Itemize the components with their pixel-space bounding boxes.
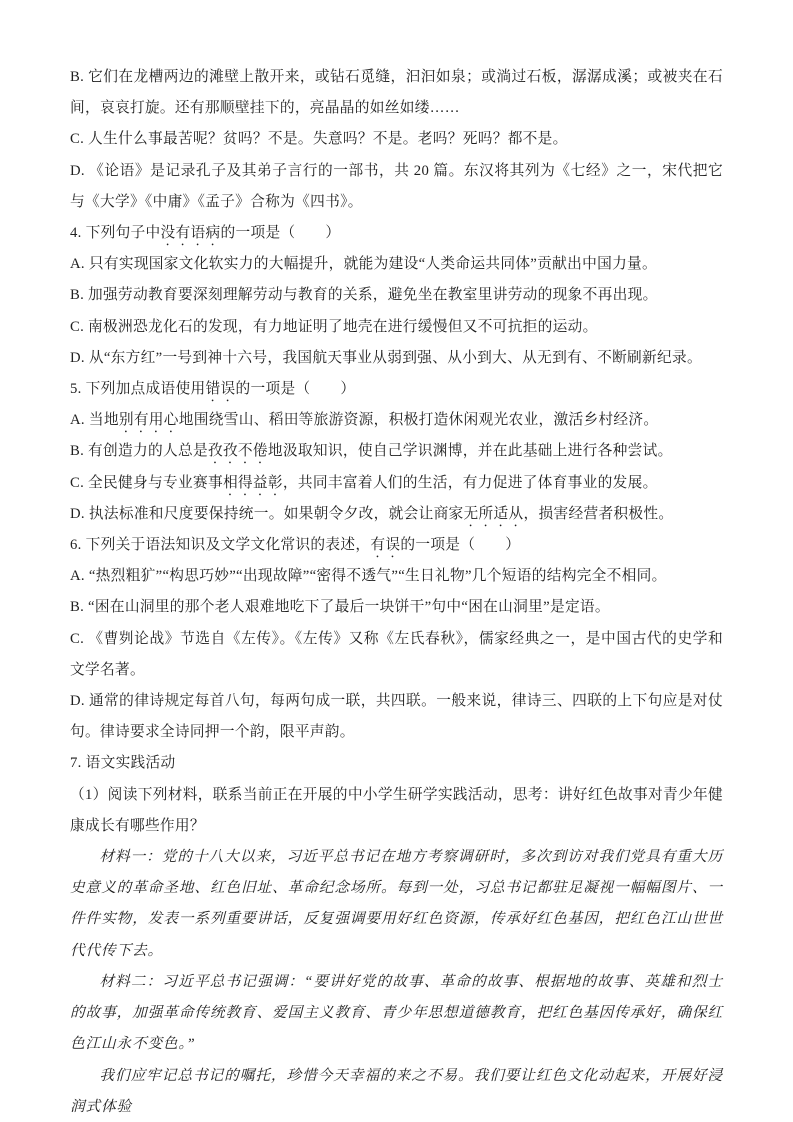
text-run: B. “困在山洞里的那个老人艰难地吃下了最后一块饼干”句中“困在山洞里”是定语。 [70,599,610,615]
text-run: ，共同丰富着人们的生活，有力促进了体育事业的发展。 [283,475,658,491]
text-run: D. 执法标准和尺度要保持统一。如果朝令夕改，就会让商家 [70,506,464,522]
text-run: B. 它们在龙槽两边的滩壁上散开来，或钻石觅缝，汩汩如泉；或淌过石板，潺潺成溪；… [70,69,723,116]
q4-stem: 4. 下列句子中没有语病的一项是（ ） [70,218,723,249]
q5-option-b: B. 有创造力的人总是孜孜不倦地汲取知识，使自己学识渊博，并在此基础上进行各种尝… [70,436,723,467]
q4-option-c: C. 南极洲恐龙化石的发现，有力地证明了地壳在进行缓慢但又不可抗拒的运动。 [70,312,723,343]
text-run: B. 有创造力的人总是 [70,443,208,459]
text-run: A. “热烈粗犷”“构思巧妙”“出现故障”“密得不透气”“生日礼物”几个短语的结… [70,568,667,584]
emphasized-term: 没有语病 [161,225,221,241]
q5-option-c: C. 全民健身与专业赛事相得益彰，共同丰富着人们的生活，有力促进了体育事业的发展… [70,468,723,499]
text-run: 6. 下列关于语法知识及文学文化常识的表述， [70,537,370,553]
text-run: 4. 下列句子中 [70,225,161,241]
q7-material-2: 材料二：习近平总书记强调：“要讲好党的故事、革命的故事、根据地的故事、英雄和烈士… [70,967,723,1061]
text-run: D. 从“东方红”一号到神十六号，我国航天事业从弱到强、从小到大、从无到有、不断… [70,350,702,366]
text-run: B. 加强劳动教育要深刻理解劳动与教育的关系，避免坐在教室里讲劳动的现象不再出现… [70,287,658,303]
text-run: 地围绕雪山、稻田等旅游资源，积极打造休闲观光农业，激活乡村经济。 [179,412,659,428]
text-run: A. 只有实现国家文化软实力的大幅提升，就能为建设“人类命运共同体”贡献出中国力… [70,256,657,272]
text-run: 的一项是（ ） [400,537,520,553]
text-run: 的一项是（ ） [220,225,340,241]
q7-sub1-stem: （1）阅读下列材料，联系当前正在开展的中小学生研学实践活动，思考：讲好红色故事对… [70,780,723,842]
q6-option-c: C. 《曹刿论战》节选自《左传》。《左传》又称《左氏春秋》，儒家经典之一，是中国… [70,624,723,686]
q5-stem: 5. 下列加点成语使用错误的一项是（ ） [70,374,723,405]
q3-option-b: B. 它们在龙槽两边的滩壁上散开来，或钻石觅缝，汩汩如泉；或淌过石板，潺潺成溪；… [70,62,723,124]
emphasized-term: 孜孜不倦 [208,443,268,459]
q3-option-c: C. 人生什么事最苦呢？贫吗？不是。失意吗？不是。老吗？死吗？都不是。 [70,124,723,155]
document-body: B. 它们在龙槽两边的滩壁上散开来，或钻石觅缝，汩汩如泉；或淌过石板，潺潺成溪；… [70,62,723,1122]
text-run: 我们应牢记总书记的嘱托，珍惜今天幸福的来之不易。我们要让红色文化动起来，开展好浸… [70,1068,723,1115]
q6-option-a: A. “热烈粗犷”“构思巧妙”“出现故障”“密得不透气”“生日礼物”几个短语的结… [70,561,723,592]
q4-option-d: D. 从“东方红”一号到神十六号，我国航天事业从弱到强、从小到大、从无到有、不断… [70,343,723,374]
text-run: 的一项是（ ） [235,381,355,397]
q5-option-a: A. 当地别有用心地围绕雪山、稻田等旅游资源，积极打造休闲观光农业，激活乡村经济… [70,405,723,436]
q6-stem: 6. 下列关于语法知识及文学文化常识的表述，有误的一项是（ ） [70,530,723,561]
q5-option-d: D. 执法标准和尺度要保持统一。如果朝令夕改，就会让商家无所适从，损害经营者积极… [70,499,723,530]
q6-option-b: B. “困在山洞里的那个老人艰难地吃下了最后一块饼干”句中“困在山洞里”是定语。 [70,592,723,623]
emphasized-term: 有误 [370,537,400,553]
exam-page: B. 它们在龙槽两边的滩壁上散开来，或钻石觅缝，汩汩如泉；或淌过石板，潺潺成溪；… [0,0,793,1122]
emphasized-term: 别有用心 [119,412,179,428]
q3-option-d: D. 《论语》是记录孔子及其弟子言行的一部书，共 20 篇。东汉将其列为《七经》… [70,156,723,218]
text-run: C. 全民健身与专业赛事 [70,475,223,491]
text-run: A. 当地 [70,412,119,428]
q7-material-closing: 我们应牢记总书记的嘱托，珍惜今天幸福的来之不易。我们要让红色文化动起来，开展好浸… [70,1061,723,1122]
q7-material-1: 材料一：党的十八大以来，习近平总书记在地方考察调研时，多次到访对我们党具有重大历… [70,842,723,967]
q4-option-b: B. 加强劳动教育要深刻理解劳动与教育的关系，避免坐在教室里讲劳动的现象不再出现… [70,280,723,311]
q6-option-d: D. 通常的律诗规定每首八句，每两句成一联，共四联。一般来说，律诗三、四联的上下… [70,686,723,748]
text-run: D. 通常的律诗规定每首八句，每两句成一联，共四联。一般来说，律诗三、四联的上下… [70,693,723,740]
text-run: 地汲取知识，使自己学识渊博，并在此基础上进行各种尝试。 [268,443,673,459]
text-run: C. 人生什么事最苦呢？贫吗？不是。失意吗？不是。老吗？死吗？都不是。 [70,131,568,147]
text-run: C. 《曹刿论战》节选自《左传》。《左传》又称《左氏春秋》，儒家经典之一，是中国… [70,631,723,678]
q4-option-a: A. 只有实现国家文化软实力的大幅提升，就能为建设“人类命运共同体”贡献出中国力… [70,249,723,280]
text-run: C. 南极洲恐龙化石的发现，有力地证明了地壳在进行缓慢但又不可抗拒的运动。 [70,319,598,335]
text-run: ，损害经营者积极性。 [524,506,674,522]
emphasized-term: 错误 [206,381,236,397]
text-run: （1）阅读下列材料，联系当前正在开展的中小学生研学实践活动，思考：讲好红色故事对… [70,787,723,834]
emphasized-term: 无所适从 [464,506,524,522]
text-run: 材料二：习近平总书记强调：“要讲好党的故事、革命的故事、根据地的故事、英雄和烈士… [70,974,723,1052]
emphasized-term: 相得益彰 [223,475,283,491]
text-run: 材料一：党的十八大以来，习近平总书记在地方考察调研时，多次到访对我们党具有重大历… [70,849,723,959]
q7-title: 7. 语文实践活动 [70,748,723,779]
text-run: 7. 语文实践活动 [70,755,176,771]
text-run: D. 《论语》是记录孔子及其弟子言行的一部书，共 20 篇。东汉将其列为《七经》… [70,163,723,210]
text-run: 5. 下列加点成语使用 [70,381,206,397]
